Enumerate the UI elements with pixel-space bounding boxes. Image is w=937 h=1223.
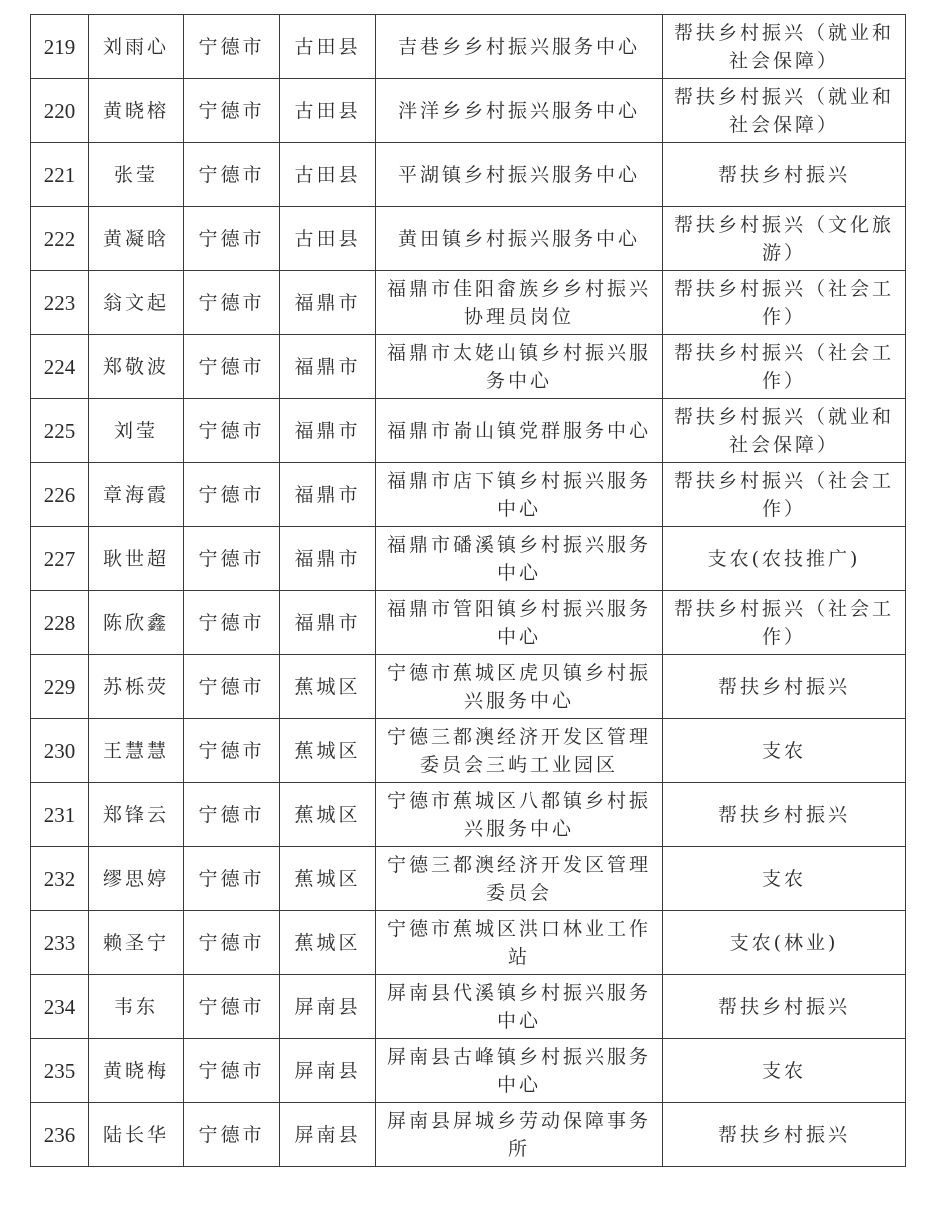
row-number: 229 xyxy=(31,655,89,719)
person-name: 陈欣鑫 xyxy=(89,591,184,655)
row-number: 236 xyxy=(31,1103,89,1167)
person-name: 赖圣宁 xyxy=(89,911,184,975)
row-number: 221 xyxy=(31,143,89,207)
service-unit-cell: 黄田镇乡村振兴服务中心 xyxy=(376,207,663,271)
person-name: 苏栎荧 xyxy=(89,655,184,719)
city-cell: 宁德市 xyxy=(184,463,280,527)
city-cell: 宁德市 xyxy=(184,143,280,207)
service-unit-cell: 福鼎市佳阳畲族乡乡村振兴协理员岗位 xyxy=(376,271,663,335)
post-category-cell: 支农 xyxy=(663,719,906,783)
table-row: 230 王慧慧 宁德市 蕉城区 宁德三都澳经济开发区管理委员会三屿工业园区 支农 xyxy=(31,719,906,783)
table-row: 232 缪思婷 宁德市 蕉城区 宁德三都澳经济开发区管理委员会 支农 xyxy=(31,847,906,911)
county-cell: 福鼎市 xyxy=(280,463,376,527)
person-name: 缪思婷 xyxy=(89,847,184,911)
county-cell: 屏南县 xyxy=(280,975,376,1039)
table-row: 222 黄凝晗 宁德市 古田县 黄田镇乡村振兴服务中心 帮扶乡村振兴（文化旅游） xyxy=(31,207,906,271)
person-name: 张莹 xyxy=(89,143,184,207)
service-unit-cell: 福鼎市磻溪镇乡村振兴服务中心 xyxy=(376,527,663,591)
post-category-cell: 帮扶乡村振兴 xyxy=(663,783,906,847)
service-unit-cell: 屏南县古峰镇乡村振兴服务中心 xyxy=(376,1039,663,1103)
person-name: 章海霞 xyxy=(89,463,184,527)
table-row: 226 章海霞 宁德市 福鼎市 福鼎市店下镇乡村振兴服务中心 帮扶乡村振兴（社会… xyxy=(31,463,906,527)
table-row: 228 陈欣鑫 宁德市 福鼎市 福鼎市管阳镇乡村振兴服务中心 帮扶乡村振兴（社会… xyxy=(31,591,906,655)
city-cell: 宁德市 xyxy=(184,79,280,143)
person-name: 黄凝晗 xyxy=(89,207,184,271)
person-name: 郑敬波 xyxy=(89,335,184,399)
person-name: 刘莹 xyxy=(89,399,184,463)
county-cell: 蕉城区 xyxy=(280,847,376,911)
county-cell: 蕉城区 xyxy=(280,911,376,975)
county-cell: 蕉城区 xyxy=(280,655,376,719)
table-row: 227 耿世超 宁德市 福鼎市 福鼎市磻溪镇乡村振兴服务中心 支农(农技推广) xyxy=(31,527,906,591)
county-cell: 福鼎市 xyxy=(280,399,376,463)
city-cell: 宁德市 xyxy=(184,719,280,783)
table-row: 234 韦东 宁德市 屏南县 屏南县代溪镇乡村振兴服务中心 帮扶乡村振兴 xyxy=(31,975,906,1039)
table-row: 219 刘雨心 宁德市 古田县 吉巷乡乡村振兴服务中心 帮扶乡村振兴（就业和社会… xyxy=(31,15,906,79)
person-name: 翁文起 xyxy=(89,271,184,335)
post-category-cell: 帮扶乡村振兴（就业和社会保障） xyxy=(663,15,906,79)
city-cell: 宁德市 xyxy=(184,1039,280,1103)
service-unit-cell: 宁德三都澳经济开发区管理委员会 xyxy=(376,847,663,911)
city-cell: 宁德市 xyxy=(184,847,280,911)
post-category-cell: 帮扶乡村振兴 xyxy=(663,655,906,719)
post-category-cell: 支农(农技推广) xyxy=(663,527,906,591)
row-number: 228 xyxy=(31,591,89,655)
county-cell: 屏南县 xyxy=(280,1039,376,1103)
service-unit-cell: 福鼎市太姥山镇乡村振兴服务中心 xyxy=(376,335,663,399)
service-unit-cell: 吉巷乡乡村振兴服务中心 xyxy=(376,15,663,79)
table-row: 225 刘莹 宁德市 福鼎市 福鼎市嵛山镇党群服务中心 帮扶乡村振兴（就业和社会… xyxy=(31,399,906,463)
service-unit-cell: 福鼎市店下镇乡村振兴服务中心 xyxy=(376,463,663,527)
row-number: 222 xyxy=(31,207,89,271)
city-cell: 宁德市 xyxy=(184,15,280,79)
county-cell: 福鼎市 xyxy=(280,527,376,591)
row-number: 231 xyxy=(31,783,89,847)
service-unit-cell: 福鼎市管阳镇乡村振兴服务中心 xyxy=(376,591,663,655)
city-cell: 宁德市 xyxy=(184,975,280,1039)
person-name: 黄晓榕 xyxy=(89,79,184,143)
table-row: 221 张莹 宁德市 古田县 平湖镇乡村振兴服务中心 帮扶乡村振兴 xyxy=(31,143,906,207)
person-name: 刘雨心 xyxy=(89,15,184,79)
city-cell: 宁德市 xyxy=(184,655,280,719)
county-cell: 古田县 xyxy=(280,15,376,79)
row-number: 220 xyxy=(31,79,89,143)
city-cell: 宁德市 xyxy=(184,591,280,655)
city-cell: 宁德市 xyxy=(184,911,280,975)
personnel-table: 219 刘雨心 宁德市 古田县 吉巷乡乡村振兴服务中心 帮扶乡村振兴（就业和社会… xyxy=(30,14,906,1167)
row-number: 230 xyxy=(31,719,89,783)
table-row: 220 黄晓榕 宁德市 古田县 泮洋乡乡村振兴服务中心 帮扶乡村振兴（就业和社会… xyxy=(31,79,906,143)
person-name: 韦东 xyxy=(89,975,184,1039)
post-category-cell: 帮扶乡村振兴（社会工作） xyxy=(663,591,906,655)
person-name: 王慧慧 xyxy=(89,719,184,783)
post-category-cell: 帮扶乡村振兴（就业和社会保障） xyxy=(663,399,906,463)
table-row: 235 黄晓梅 宁德市 屏南县 屏南县古峰镇乡村振兴服务中心 支农 xyxy=(31,1039,906,1103)
post-category-cell: 帮扶乡村振兴 xyxy=(663,143,906,207)
person-name: 郑锋云 xyxy=(89,783,184,847)
person-name: 陆长华 xyxy=(89,1103,184,1167)
row-number: 232 xyxy=(31,847,89,911)
city-cell: 宁德市 xyxy=(184,207,280,271)
county-cell: 古田县 xyxy=(280,207,376,271)
post-category-cell: 帮扶乡村振兴 xyxy=(663,1103,906,1167)
city-cell: 宁德市 xyxy=(184,783,280,847)
service-unit-cell: 平湖镇乡村振兴服务中心 xyxy=(376,143,663,207)
person-name: 黄晓梅 xyxy=(89,1039,184,1103)
county-cell: 古田县 xyxy=(280,79,376,143)
row-number: 223 xyxy=(31,271,89,335)
county-cell: 蕉城区 xyxy=(280,783,376,847)
table-row: 233 赖圣宁 宁德市 蕉城区 宁德市蕉城区洪口林业工作站 支农(林业) xyxy=(31,911,906,975)
county-cell: 蕉城区 xyxy=(280,719,376,783)
county-cell: 福鼎市 xyxy=(280,271,376,335)
city-cell: 宁德市 xyxy=(184,527,280,591)
row-number: 225 xyxy=(31,399,89,463)
post-category-cell: 帮扶乡村振兴（社会工作） xyxy=(663,335,906,399)
post-category-cell: 帮扶乡村振兴（就业和社会保障） xyxy=(663,79,906,143)
service-unit-cell: 福鼎市嵛山镇党群服务中心 xyxy=(376,399,663,463)
service-unit-cell: 宁德市蕉城区洪口林业工作站 xyxy=(376,911,663,975)
county-cell: 屏南县 xyxy=(280,1103,376,1167)
table-row: 224 郑敬波 宁德市 福鼎市 福鼎市太姥山镇乡村振兴服务中心 帮扶乡村振兴（社… xyxy=(31,335,906,399)
table-row: 231 郑锋云 宁德市 蕉城区 宁德市蕉城区八都镇乡村振兴服务中心 帮扶乡村振兴 xyxy=(31,783,906,847)
post-category-cell: 支农 xyxy=(663,847,906,911)
table-row: 236 陆长华 宁德市 屏南县 屏南县屏城乡劳动保障事务所 帮扶乡村振兴 xyxy=(31,1103,906,1167)
row-number: 235 xyxy=(31,1039,89,1103)
post-category-cell: 支农 xyxy=(663,1039,906,1103)
row-number: 234 xyxy=(31,975,89,1039)
post-category-cell: 帮扶乡村振兴 xyxy=(663,975,906,1039)
post-category-cell: 帮扶乡村振兴（社会工作） xyxy=(663,271,906,335)
county-cell: 古田县 xyxy=(280,143,376,207)
post-category-cell: 支农(林业) xyxy=(663,911,906,975)
row-number: 227 xyxy=(31,527,89,591)
post-category-cell: 帮扶乡村振兴（社会工作） xyxy=(663,463,906,527)
row-number: 224 xyxy=(31,335,89,399)
city-cell: 宁德市 xyxy=(184,1103,280,1167)
service-unit-cell: 屏南县屏城乡劳动保障事务所 xyxy=(376,1103,663,1167)
county-cell: 福鼎市 xyxy=(280,591,376,655)
post-category-cell: 帮扶乡村振兴（文化旅游） xyxy=(663,207,906,271)
row-number: 226 xyxy=(31,463,89,527)
person-name: 耿世超 xyxy=(89,527,184,591)
service-unit-cell: 屏南县代溪镇乡村振兴服务中心 xyxy=(376,975,663,1039)
table-row: 223 翁文起 宁德市 福鼎市 福鼎市佳阳畲族乡乡村振兴协理员岗位 帮扶乡村振兴… xyxy=(31,271,906,335)
service-unit-cell: 泮洋乡乡村振兴服务中心 xyxy=(376,79,663,143)
row-number: 233 xyxy=(31,911,89,975)
table-body: 219 刘雨心 宁德市 古田县 吉巷乡乡村振兴服务中心 帮扶乡村振兴（就业和社会… xyxy=(31,15,906,1167)
service-unit-cell: 宁德市蕉城区八都镇乡村振兴服务中心 xyxy=(376,783,663,847)
city-cell: 宁德市 xyxy=(184,399,280,463)
row-number: 219 xyxy=(31,15,89,79)
table-row: 229 苏栎荧 宁德市 蕉城区 宁德市蕉城区虎贝镇乡村振兴服务中心 帮扶乡村振兴 xyxy=(31,655,906,719)
city-cell: 宁德市 xyxy=(184,335,280,399)
city-cell: 宁德市 xyxy=(184,271,280,335)
county-cell: 福鼎市 xyxy=(280,335,376,399)
service-unit-cell: 宁德市蕉城区虎贝镇乡村振兴服务中心 xyxy=(376,655,663,719)
service-unit-cell: 宁德三都澳经济开发区管理委员会三屿工业园区 xyxy=(376,719,663,783)
